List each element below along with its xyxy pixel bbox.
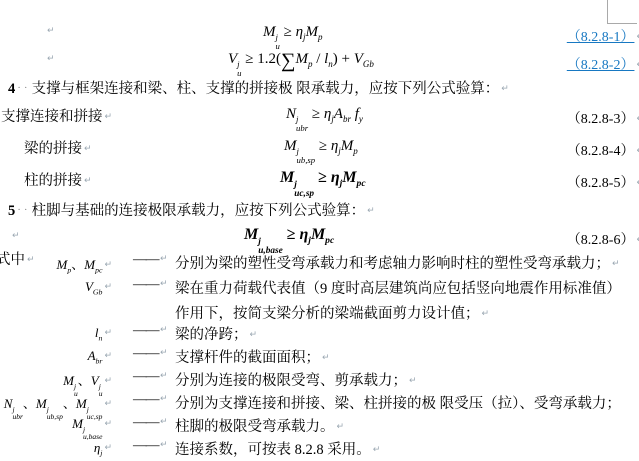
definition-desc-continued: 作用下，按简支梁分析的梁端截面剪力设计值；↵ xyxy=(175,302,489,323)
paragraph-mark: ↵ xyxy=(104,399,112,409)
label-text: 梁的拼接 xyxy=(24,141,82,157)
number-text: （8.2.8-5） xyxy=(567,176,635,191)
equation-number-1: （8.2.8-1）↵ xyxy=(567,26,639,46)
equation-label-column-splice: 柱的拼接↵ xyxy=(24,173,92,190)
equation-8.2.8-3-formula: Njubr ≥ ηjAbr fy xyxy=(286,106,363,133)
equation-number-3: （8.2.8-3）↵ xyxy=(567,108,639,128)
equation-number-5: （8.2.8-5）↵ xyxy=(567,172,639,192)
definition-dash: ——↵ xyxy=(133,346,166,362)
paragraph-item-5: 5··柱脚与基础的连接极限承载力，应按下列公式验算：↵ xyxy=(8,203,375,220)
symbol-ln: ln↵ xyxy=(95,325,112,343)
label-text: 柱的拼接 xyxy=(24,173,82,189)
symbol-VGb: VGb↵ xyxy=(85,279,112,297)
paragraph-mark: ↵ xyxy=(501,84,509,94)
lead-text: 式中 xyxy=(0,252,25,268)
item-text: 支撑与框架连接和梁、柱、支撑的拼接极 限承载力，应按下列公式验算： xyxy=(32,81,500,97)
definition-desc: 梁在重力荷载代表值（9 度时高层建筑尚应包括竖向地震作用标准值） xyxy=(175,277,621,298)
equation-8.2.8-2-formula: Vju ≥ 1.2(∑Mp / ln) + VGb xyxy=(228,51,374,78)
space-marks: ·· xyxy=(17,204,30,216)
definition-dash: ——↵ xyxy=(133,277,166,293)
paragraph-mark: ↵ xyxy=(367,206,375,216)
paragraph-mark: ↵ xyxy=(160,325,166,335)
paragraph-mark: ↵ xyxy=(160,440,166,450)
definition-dash: ——↵ xyxy=(133,438,166,454)
number-text: （8.2.8-3） xyxy=(567,112,635,127)
definition-desc: 分别为支撑连接和拼接、梁、柱拼接的极 限受压（拉）、受弯承载力； xyxy=(175,392,621,413)
textbox-border xyxy=(607,0,637,24)
paragraph-mark: ↵ xyxy=(12,231,20,241)
paragraph-mark: ↵ xyxy=(104,351,112,361)
paragraph-mark: ↵ xyxy=(104,419,112,429)
paragraph-mark: ↵ xyxy=(27,255,35,265)
paragraph-mark: ↵ xyxy=(104,328,112,338)
symbol-eta-j: ηj↵ xyxy=(94,440,112,458)
paragraph-mark: ↵ xyxy=(322,353,330,363)
space-marks: ·· xyxy=(17,82,30,94)
paragraph-mark: ↵ xyxy=(612,259,620,269)
equation-8.2.8-1-formula: Mju ≥ ηjMp xyxy=(263,24,323,51)
document-page: { "marks": { "para": "↵", "spaces": "··"… xyxy=(0,0,639,461)
item-number: 5 xyxy=(8,203,15,219)
definition-desc: 分别为梁的塑性受弯承载力和考虑轴力影响时柱的塑性受弯承载力；↵ xyxy=(175,252,620,273)
number-text: （8.2.8-6） xyxy=(567,233,635,248)
paragraph-mark: ↵ xyxy=(337,422,345,432)
definition-dash: ——↵ xyxy=(133,369,166,385)
link-8.2.8-1[interactable]: （8.2.8-1） xyxy=(567,30,635,45)
paragraph-mark: ↵ xyxy=(409,376,417,386)
paragraph-mark: ↵ xyxy=(84,176,92,186)
paragraph-mark: ↵ xyxy=(104,376,112,386)
paragraph-mark: ↵ xyxy=(84,144,92,154)
paragraph-mark: ↵ xyxy=(104,260,112,270)
definition-dash: ——↵ xyxy=(133,392,166,408)
paragraph-mark: ↵ xyxy=(160,371,166,381)
definitions-lead: 式中↵ xyxy=(0,252,35,269)
paragraph-mark: ↵ xyxy=(104,282,112,292)
paragraph-mark: ↵ xyxy=(160,348,166,358)
symbol-Mubase: Mju,base↵ xyxy=(72,416,112,441)
definition-desc: 支撑杆件的截面面积；↵ xyxy=(175,346,330,367)
item-number: 4 xyxy=(8,81,15,97)
equation-number-4: （8.2.8-4）↵ xyxy=(567,140,639,160)
equation-8.2.8-4-formula: Mjub,sp ≥ ηjMp xyxy=(284,138,358,165)
paragraph-mark: ↵ xyxy=(160,279,166,289)
symbol-Abr: Abr↵ xyxy=(88,348,112,366)
paragraph-mark: ↵ xyxy=(160,254,166,264)
paragraph-mark: ↵ xyxy=(373,445,381,455)
item-text: 柱脚与基础的连接极限承载力，应按下列公式验算： xyxy=(32,203,366,219)
paragraph-mark: ↵ xyxy=(105,112,113,122)
equation-label-brace: 支撑连接和拼接↵ xyxy=(1,109,112,126)
paragraph-mark: ↵ xyxy=(160,417,166,427)
label-text: 支撑连接和拼接 xyxy=(1,109,103,125)
paragraph-mark: ↵ xyxy=(482,309,490,319)
equation-label-beam-splice: 梁的拼接↵ xyxy=(24,141,92,158)
definition-desc: 连接系数，可按表 8.2.8 采用。↵ xyxy=(175,438,380,459)
definition-dash: ——↵ xyxy=(133,252,166,268)
definition-desc: 柱脚的极限受弯承载力。↵ xyxy=(175,415,344,436)
paragraph-mark: ↵ xyxy=(47,54,55,64)
paragraph-mark: ↵ xyxy=(250,330,258,340)
paragraph-mark: ↵ xyxy=(47,26,55,36)
definition-dash: ——↵ xyxy=(133,415,166,431)
link-8.2.8-2[interactable]: （8.2.8-2） xyxy=(567,58,635,73)
paragraph-mark: ↵ xyxy=(104,443,112,453)
number-text: （8.2.8-4） xyxy=(567,144,635,159)
equation-number-6: （8.2.8-6）↵ xyxy=(567,229,639,249)
equation-8.2.8-5-formula: Mjuc,sp ≥ ηjMpc xyxy=(280,169,366,200)
definition-dash: ——↵ xyxy=(133,323,166,339)
definition-desc: 梁的净跨；↵ xyxy=(175,323,257,344)
paragraph-mark: ↵ xyxy=(160,394,166,404)
equation-number-2: （8.2.8-2）↵ xyxy=(567,54,639,74)
symbol-Mp-Mpc: Mp、Mpc↵ xyxy=(56,254,112,275)
definition-desc: 分别为连接的极限受弯、剪承载力；↵ xyxy=(175,369,417,390)
paragraph-item-4: 4··支撑与框架连接和梁、柱、支撑的拼接极 限承载力，应按下列公式验算：↵ xyxy=(8,81,509,98)
